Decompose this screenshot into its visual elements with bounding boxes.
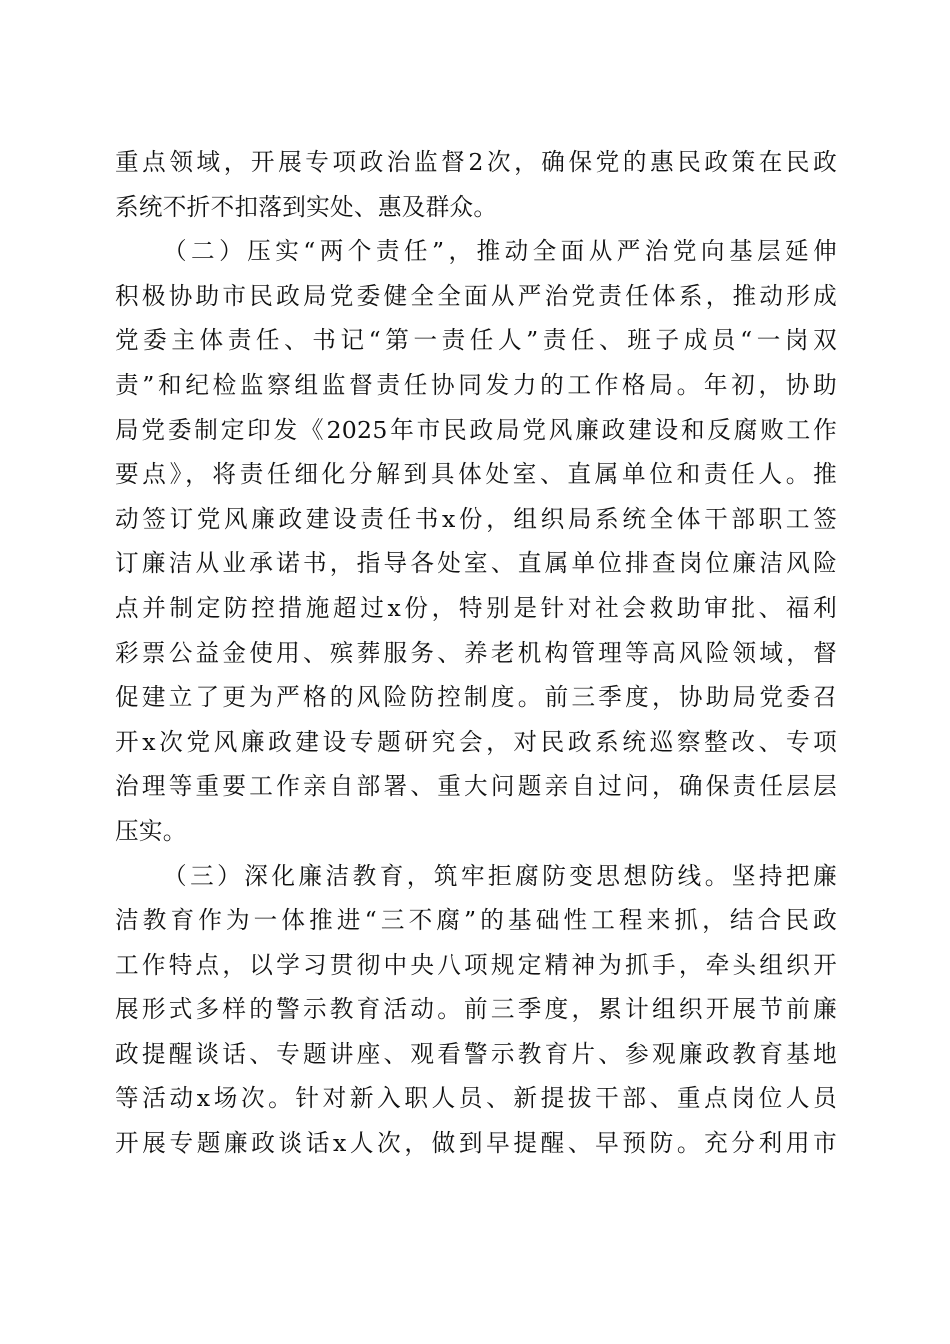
section-three: （三）深化廉洁教育，筑牢拒腐防变思想防线。坚持把廉 洁教育作为一体推进“三不腐”…	[115, 854, 837, 1166]
text-line: 局党委制定印发《2025年市民政局党风廉政建设和反腐败工作	[115, 408, 837, 453]
section-heading: （二）压实“两个责任”，推动全面从严治党向基层延伸	[115, 229, 837, 274]
paragraph-continuation: 重点领域，开展专项政治监督2次，确保党的惠民政策在民政 系统不折不扣落到实处、惠…	[115, 140, 837, 229]
text-line: 开展专题廉政谈话x人次，做到早提醒、早预防。充分利用市	[115, 1121, 837, 1166]
text-line: 等活动x场次。针对新入职人员、新提拔干部、重点岗位人员	[115, 1076, 837, 1121]
text-line: 促建立了更为严格的风险防控制度。前三季度，协助局党委召	[115, 675, 837, 720]
text-line: 彩票公益金使用、殡葬服务、养老机构管理等高风险领域，督	[115, 631, 837, 676]
text-line: 要点》，将责任细化分解到具体处室、直属单位和责任人。推	[115, 452, 837, 497]
text-line: 点并制定防控措施超过x份，特别是针对社会救助审批、福利	[115, 586, 837, 631]
text-line: 重点领域，开展专项政治监督2次，确保党的惠民政策在民政	[115, 140, 837, 185]
text-line: 工作特点，以学习贯彻中央八项规定精神为抓手，牵头组织开	[115, 943, 837, 988]
text-line: 洁教育作为一体推进“三不腐”的基础性工程来抓，结合民政	[115, 898, 837, 943]
text-line: 开x次党风廉政建设专题研究会，对民政系统巡察整改、专项	[115, 720, 837, 765]
section-first-line: （三）深化廉洁教育，筑牢拒腐防变思想防线。坚持把廉	[115, 854, 837, 899]
text-line: 系统不折不扣落到实处、惠及群众。	[115, 185, 837, 230]
text-line: 动签订党风廉政建设责任书x份，组织局系统全体干部职工签	[115, 497, 837, 542]
text-line: 治理等重要工作亲自部署、重大问题亲自过问，确保责任层层	[115, 764, 837, 809]
text-span: 坚持把廉	[732, 862, 837, 890]
text-line: 政提醒谈话、专题讲座、观看警示教育片、参观廉政教育基地	[115, 1032, 837, 1077]
document-page: 重点领域，开展专项政治监督2次，确保党的惠民政策在民政 系统不折不扣落到实处、惠…	[115, 140, 837, 1166]
text-line: 党委主体责任、书记“第一责任人”责任、班子成员“一岗双	[115, 318, 837, 363]
text-line: 压实。	[115, 809, 837, 854]
text-line: 积极协助市民政局党委健全全面从严治党责任体系，推动形成	[115, 274, 837, 319]
text-line: 展形式多样的警示教育活动。前三季度，累计组织开展节前廉	[115, 987, 837, 1032]
text-line: 订廉洁从业承诺书，指导各处室、直属单位排查岗位廉洁风险	[115, 541, 837, 586]
section-heading: （三）深化廉洁教育，筑牢拒腐防变思想防线。	[163, 862, 732, 890]
section-two: （二）压实“两个责任”，推动全面从严治党向基层延伸 积极协助市民政局党委健全全面…	[115, 229, 837, 853]
text-line: 责”和纪检监察组监督责任协同发力的工作格局。年初，协助	[115, 363, 837, 408]
